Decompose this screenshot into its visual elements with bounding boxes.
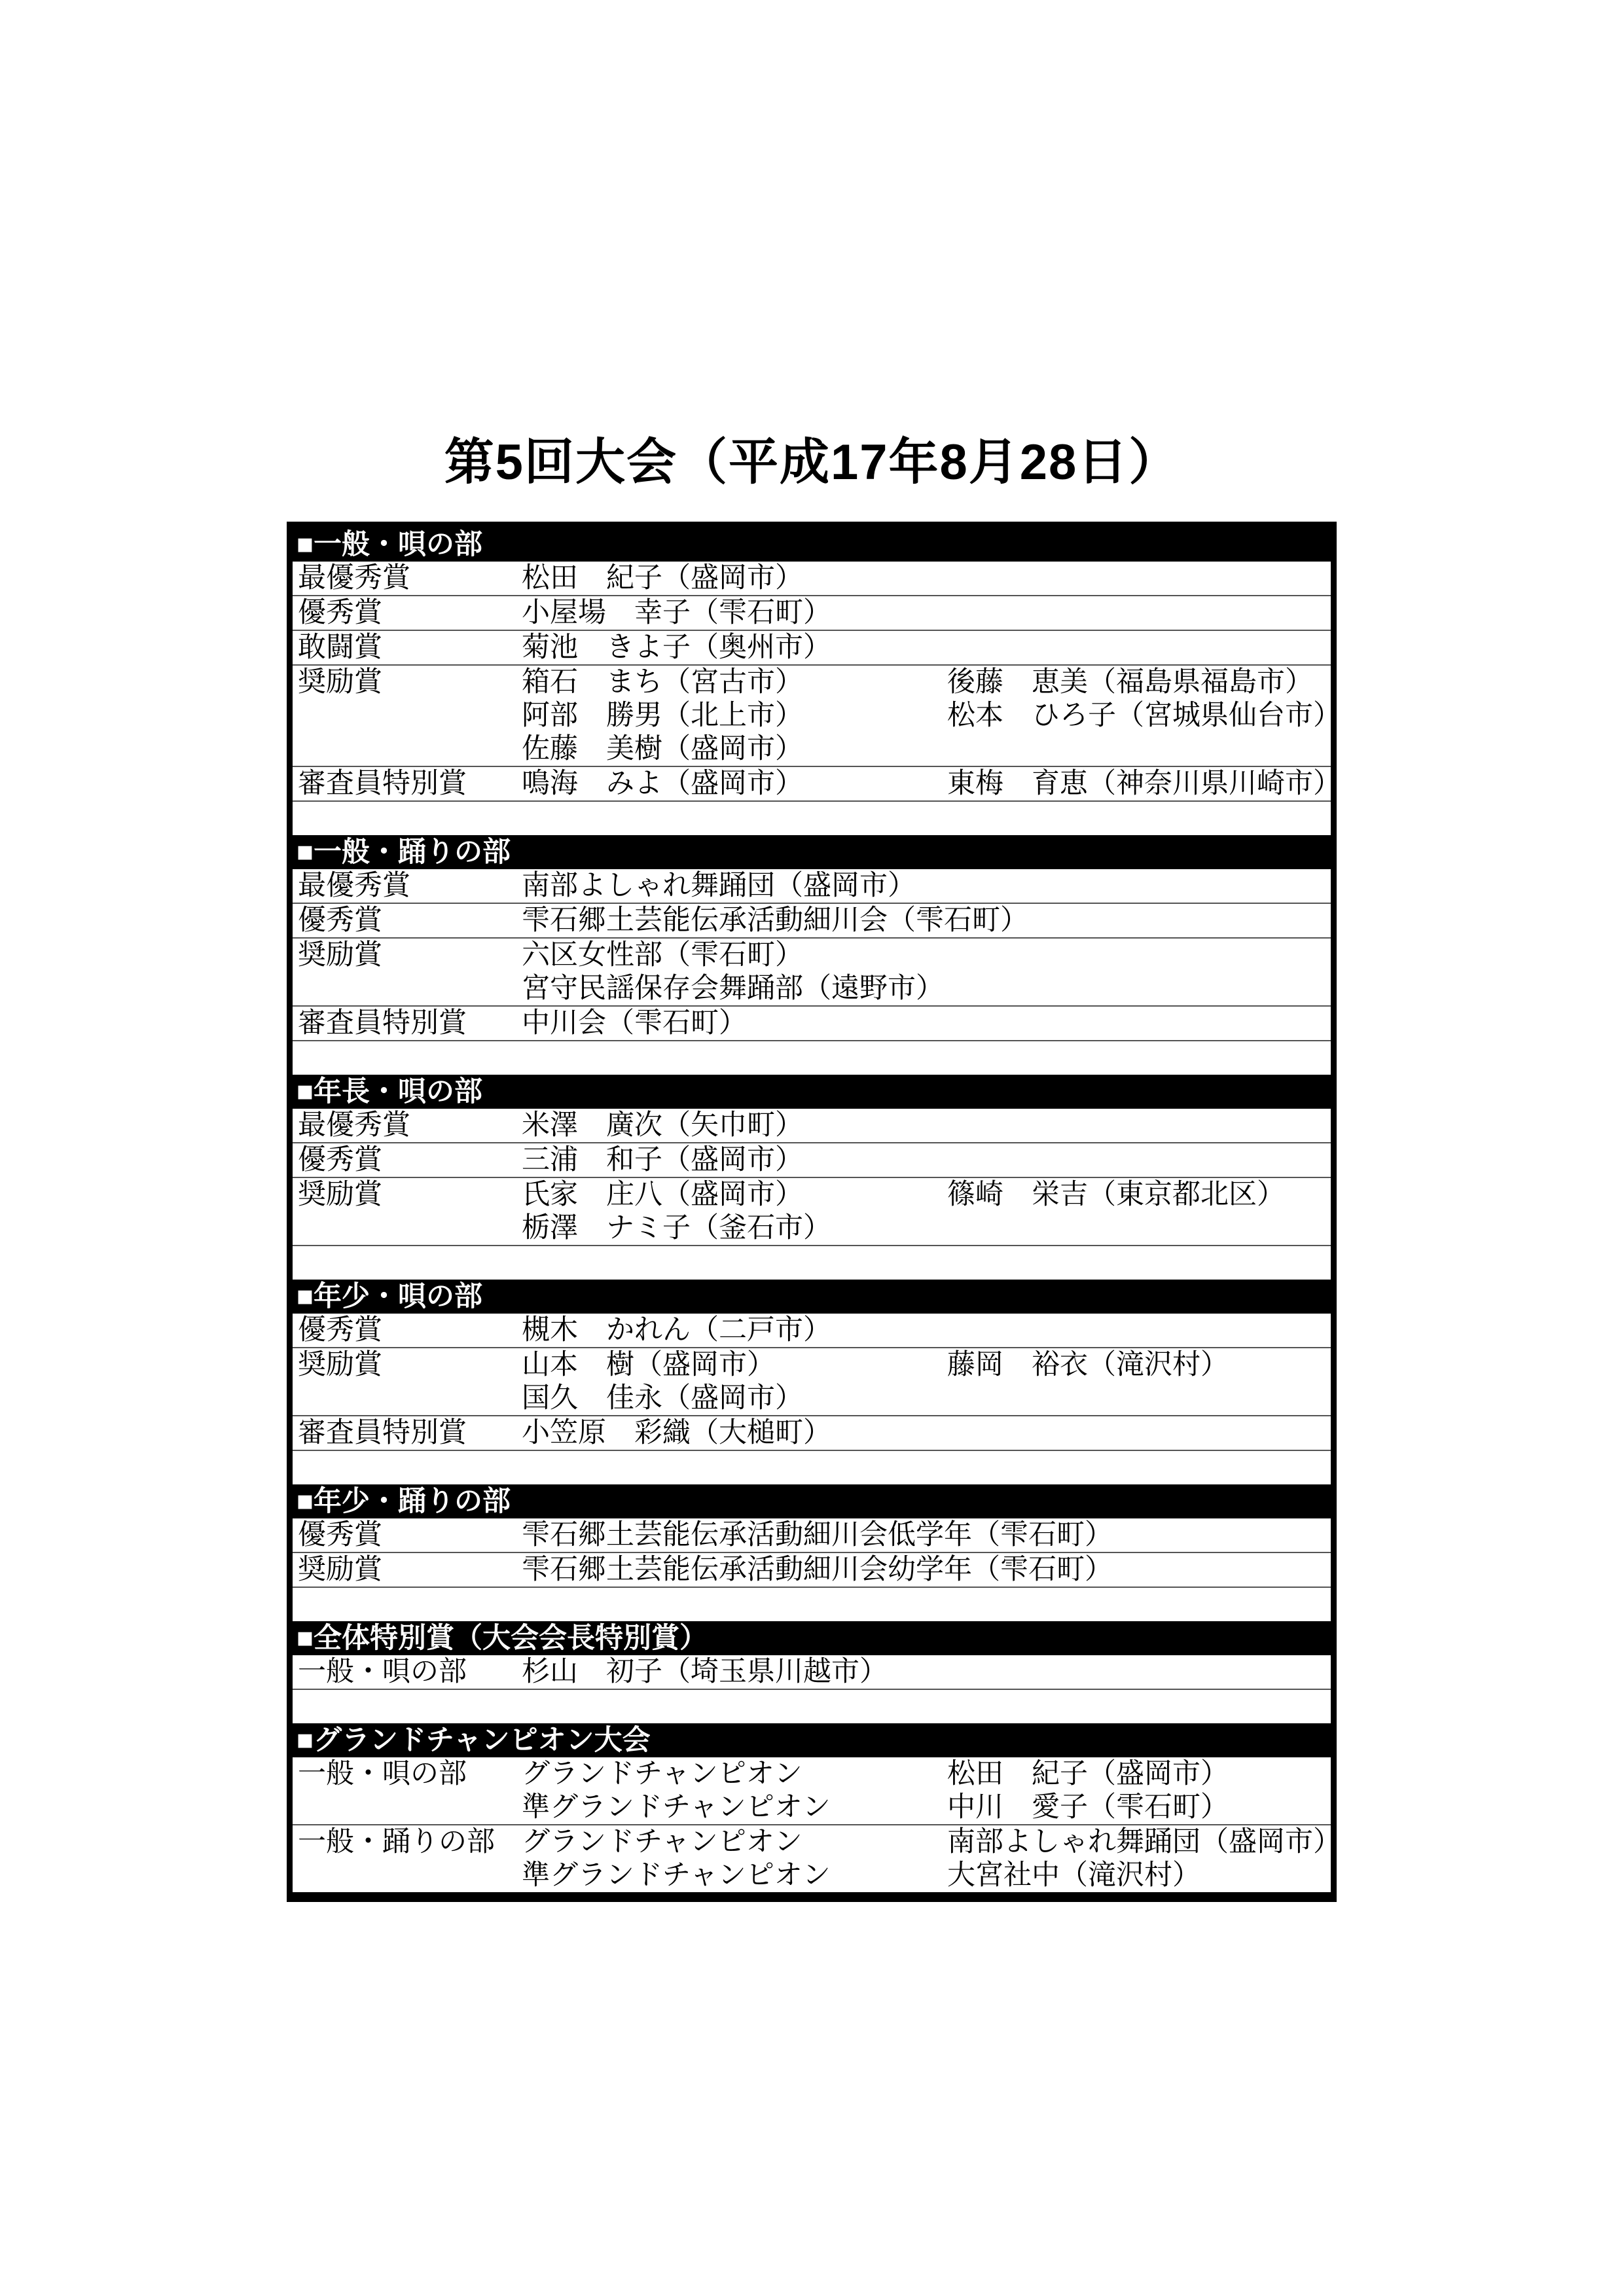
winner-name: 雫石郷土芸能伝承活動細川会幼学年（雫石町）	[522, 1553, 947, 1587]
winner-cell-primary: 菊池 きよ子（奥州市）	[522, 631, 947, 664]
champion-title: グランドチャンピオン	[522, 1757, 947, 1791]
award-label-text: 審査員特別賞	[298, 1416, 522, 1450]
award-label: 最優秀賞	[293, 1109, 522, 1142]
spacer-row	[293, 1450, 1331, 1484]
spacer-row	[293, 1689, 1331, 1723]
winner-name: 南部よしゃれ舞踊団（盛岡市）	[947, 1825, 1341, 1859]
winner-name: 雫石郷土芸能伝承活動細川会（雫石町）	[522, 904, 947, 937]
winner-name: 米澤 廣次（矢巾町）	[522, 1109, 947, 1142]
section-senior-song: ■年長・唄の部 最優秀賞 米澤 廣次（矢巾町） 優秀賞 三浦 和子（盛岡市） 奨…	[293, 1075, 1331, 1280]
award-label-text: 審査員特別賞	[298, 767, 522, 800]
award-label: 奨励賞	[293, 1348, 522, 1382]
award-label-text: 優秀賞	[298, 1518, 522, 1552]
winner-cell-primary: 三浦 和子（盛岡市）	[522, 1143, 947, 1177]
award-row: 優秀賞 小屋場 幸子（雫石町）	[293, 595, 1331, 630]
winner-cell-primary: 杉山 初子（埼玉県川越市）	[522, 1655, 947, 1689]
spacer-row	[293, 1587, 1331, 1621]
section-overall-special: ■全体特別賞（大会会長特別賞） 一般・唄の部 杉山 初子（埼玉県川越市）	[293, 1621, 1331, 1723]
section-general-song: ■一般・唄の部 最優秀賞 松田 紀子（盛岡市） 優秀賞 小屋場 幸子（雫石町） …	[293, 528, 1331, 835]
winner-name: 雫石郷土芸能伝承活動細川会低学年（雫石町）	[522, 1518, 947, 1552]
winner-cell-primary: 雫石郷土芸能伝承活動細川会幼学年（雫石町）	[522, 1553, 947, 1587]
section-header: ■全体特別賞（大会会長特別賞）	[293, 1621, 1331, 1655]
award-row: 優秀賞 雫石郷土芸能伝承活動細川会低学年（雫石町）	[293, 1518, 1331, 1552]
winner-cell-primary: 小屋場 幸子（雫石町）	[522, 596, 947, 630]
winner-cell-primary: グランドチャンピオン 準グランドチャンピオン	[522, 1825, 947, 1892]
award-label-text: 奨励賞	[298, 1178, 522, 1211]
award-row: 優秀賞 三浦 和子（盛岡市）	[293, 1142, 1331, 1177]
award-label-text: 審査員特別賞	[298, 1007, 522, 1040]
award-label-text: 奨励賞	[298, 1553, 522, 1587]
winner-name: 藤岡 裕衣（滝沢村）	[947, 1348, 1331, 1382]
winner-name: 篠崎 栄吉（東京都北区）	[947, 1178, 1331, 1211]
winner-name: 阿部 勝男（北上市）	[522, 699, 947, 732]
winner-cell-secondary: 後藤 恵美（福島県福島市） 松本 ひろ子（宮城県仙台市）	[947, 666, 1341, 732]
award-row: 奨励賞 箱石 まち（宮古市） 阿部 勝男（北上市） 佐藤 美樹（盛岡市） 後藤 …	[293, 664, 1331, 766]
award-label-text: 最優秀賞	[298, 562, 522, 595]
winner-cell-primary: グランドチャンピオン 準グランドチャンピオン	[522, 1757, 947, 1824]
spacer-row	[293, 1245, 1331, 1280]
award-row: 敢闘賞 菊池 きよ子（奥州市）	[293, 630, 1331, 664]
award-label: 審査員特別賞	[293, 767, 522, 800]
page-title: 第5回大会（平成17年8月28日）	[0, 422, 1624, 493]
winner-cell-secondary: 藤岡 裕衣（滝沢村）	[947, 1348, 1331, 1382]
award-label-text: 優秀賞	[298, 596, 522, 630]
award-label-text: 最優秀賞	[298, 1109, 522, 1142]
winner-name: 氏家 庄八（盛岡市）	[522, 1178, 947, 1211]
spacer-row	[293, 800, 1331, 835]
champion-title: 準グランドチャンピオン	[522, 1859, 947, 1892]
award-row: 奨励賞 六区女性部（雫石町） 宮守民謡保存会舞踊部（遠野市）	[293, 937, 1331, 1005]
award-label-text: 一般・唄の部	[298, 1757, 522, 1791]
winner-cell-primary: 六区女性部（雫石町） 宮守民謡保存会舞踊部（遠野市）	[522, 939, 947, 1005]
winner-name: 中川 愛子（雫石町）	[947, 1791, 1331, 1824]
winner-name: 東梅 育恵（神奈川県川崎市）	[947, 767, 1341, 800]
winner-name: 国久 佳永（盛岡市）	[522, 1382, 947, 1415]
winner-cell-primary: 南部よしゃれ舞踊団（盛岡市）	[522, 869, 947, 903]
award-label: 優秀賞	[293, 1143, 522, 1177]
winner-cell-primary: 中川会（雫石町）	[522, 1007, 947, 1040]
winner-cell-primary: 氏家 庄八（盛岡市） 栃澤 ナミ子（釜石市）	[522, 1178, 947, 1245]
winner-cell-primary: 山本 樹（盛岡市） 国久 佳永（盛岡市）	[522, 1348, 947, 1415]
award-row: 審査員特別賞 鳴海 みよ（盛岡市） 東梅 育恵（神奈川県川崎市）	[293, 766, 1331, 800]
winner-name: 松田 紀子（盛岡市）	[522, 562, 947, 595]
winner-cell-primary: 箱石 まち（宮古市） 阿部 勝男（北上市） 佐藤 美樹（盛岡市）	[522, 666, 947, 766]
award-label: 一般・唄の部	[293, 1655, 522, 1689]
section-junior-dance: ■年少・踊りの部 優秀賞 雫石郷土芸能伝承活動細川会低学年（雫石町） 奨励賞 雫…	[293, 1484, 1331, 1621]
award-label-text: 奨励賞	[298, 666, 522, 699]
award-row: 審査員特別賞 小笠原 彩織（大槌町）	[293, 1415, 1331, 1450]
winner-name: 小笠原 彩織（大槌町）	[522, 1416, 947, 1450]
winner-name: 栃澤 ナミ子（釜石市）	[522, 1211, 947, 1245]
award-row: 最優秀賞 松田 紀子（盛岡市）	[293, 562, 1331, 595]
winner-name: 小屋場 幸子（雫石町）	[522, 596, 947, 630]
winner-name: 松本 ひろ子（宮城県仙台市）	[947, 699, 1341, 732]
award-row: 一般・唄の部 グランドチャンピオン 準グランドチャンピオン 松田 紀子（盛岡市）…	[293, 1757, 1331, 1824]
award-row: 一般・踊りの部 グランドチャンピオン 準グランドチャンピオン 南部よしゃれ舞踊団…	[293, 1824, 1331, 1892]
champion-title: 準グランドチャンピオン	[522, 1791, 947, 1824]
award-label: 優秀賞	[293, 1314, 522, 1347]
award-row: 奨励賞 氏家 庄八（盛岡市） 栃澤 ナミ子（釜石市） 篠崎 栄吉（東京都北区）	[293, 1177, 1331, 1245]
winner-name: 南部よしゃれ舞踊団（盛岡市）	[522, 869, 947, 903]
award-label: 優秀賞	[293, 596, 522, 630]
award-row: 最優秀賞 南部よしゃれ舞踊団（盛岡市）	[293, 869, 1331, 903]
award-label: 優秀賞	[293, 1518, 522, 1552]
winner-cell-primary: 鳴海 みよ（盛岡市）	[522, 767, 947, 800]
winner-name: 山本 樹（盛岡市）	[522, 1348, 947, 1382]
award-label-text: 優秀賞	[298, 1143, 522, 1177]
results-table: ■一般・唄の部 最優秀賞 松田 紀子（盛岡市） 優秀賞 小屋場 幸子（雫石町） …	[287, 522, 1337, 1902]
winner-name: 槻木 かれん（二戸市）	[522, 1314, 947, 1347]
winner-name: 六区女性部（雫石町）	[522, 939, 947, 972]
winner-cell-primary: 松田 紀子（盛岡市）	[522, 562, 947, 595]
award-label: 敢闘賞	[293, 631, 522, 664]
award-label: 奨励賞	[293, 666, 522, 699]
winner-name: 杉山 初子（埼玉県川越市）	[522, 1655, 947, 1689]
winner-name: 大宮社中（滝沢村）	[947, 1859, 1341, 1892]
winner-cell-secondary: 篠崎 栄吉（東京都北区）	[947, 1178, 1331, 1211]
award-row: 優秀賞 槻木 かれん（二戸市）	[293, 1314, 1331, 1347]
award-row: 奨励賞 山本 樹（盛岡市） 国久 佳永（盛岡市） 藤岡 裕衣（滝沢村）	[293, 1347, 1331, 1415]
award-row: 一般・唄の部 杉山 初子（埼玉県川越市）	[293, 1655, 1331, 1689]
section-junior-song: ■年少・唄の部 優秀賞 槻木 かれん（二戸市） 奨励賞 山本 樹（盛岡市） 国久…	[293, 1280, 1331, 1484]
winner-name: 中川会（雫石町）	[522, 1007, 947, 1040]
award-label: 一般・踊りの部	[293, 1825, 522, 1859]
award-label-text: 優秀賞	[298, 904, 522, 937]
winner-cell-primary: 槻木 かれん（二戸市）	[522, 1314, 947, 1347]
award-row: 審査員特別賞 中川会（雫石町）	[293, 1005, 1331, 1040]
winner-name: 鳴海 みよ（盛岡市）	[522, 767, 947, 800]
award-row: 優秀賞 雫石郷土芸能伝承活動細川会（雫石町）	[293, 903, 1331, 937]
award-label-text: 敢闘賞	[298, 631, 522, 664]
section-header: ■グランドチャンピオン大会	[293, 1723, 1331, 1757]
award-label-text: 最優秀賞	[298, 869, 522, 903]
winner-name: 菊池 きよ子（奥州市）	[522, 631, 947, 664]
document-page: 第5回大会（平成17年8月28日） ■一般・唄の部 最優秀賞 松田 紀子（盛岡市…	[0, 0, 1624, 2296]
award-label: 最優秀賞	[293, 562, 522, 595]
winner-name: 三浦 和子（盛岡市）	[522, 1143, 947, 1177]
award-label: 一般・唄の部	[293, 1757, 522, 1791]
winner-cell-secondary: 南部よしゃれ舞踊団（盛岡市） 大宮社中（滝沢村）	[947, 1825, 1341, 1892]
section-header: ■年少・唄の部	[293, 1280, 1331, 1314]
section-header: ■年少・踊りの部	[293, 1484, 1331, 1518]
award-label: 奨励賞	[293, 1553, 522, 1587]
winner-cell-secondary: 東梅 育恵（神奈川県川崎市）	[947, 767, 1341, 800]
winner-cell-primary: 雫石郷土芸能伝承活動細川会（雫石町）	[522, 904, 947, 937]
spacer-row	[293, 1040, 1331, 1075]
award-label: 奨励賞	[293, 939, 522, 972]
award-label-text: 優秀賞	[298, 1314, 522, 1347]
winner-name: 宮守民謡保存会舞踊部（遠野市）	[522, 972, 947, 1005]
section-header: ■一般・唄の部	[293, 528, 1331, 562]
winner-cell-primary: 雫石郷土芸能伝承活動細川会低学年（雫石町）	[522, 1518, 947, 1552]
winner-cell-primary: 小笠原 彩織（大槌町）	[522, 1416, 947, 1450]
award-label: 優秀賞	[293, 904, 522, 937]
award-row: 奨励賞 雫石郷土芸能伝承活動細川会幼学年（雫石町）	[293, 1552, 1331, 1587]
winner-cell-primary: 米澤 廣次（矢巾町）	[522, 1109, 947, 1142]
award-label-text: 一般・踊りの部	[298, 1825, 522, 1859]
award-label: 最優秀賞	[293, 869, 522, 903]
winner-name: 後藤 恵美（福島県福島市）	[947, 666, 1341, 699]
section-general-dance: ■一般・踊りの部 最優秀賞 南部よしゃれ舞踊団（盛岡市） 優秀賞 雫石郷土芸能伝…	[293, 835, 1331, 1075]
champion-title: グランドチャンピオン	[522, 1825, 947, 1859]
winner-name: 松田 紀子（盛岡市）	[947, 1757, 1331, 1791]
award-label: 審査員特別賞	[293, 1416, 522, 1450]
winner-name: 佐藤 美樹（盛岡市）	[522, 732, 947, 766]
winner-cell-secondary: 松田 紀子（盛岡市） 中川 愛子（雫石町）	[947, 1757, 1331, 1824]
award-label-text: 奨励賞	[298, 1348, 522, 1382]
award-label: 奨励賞	[293, 1178, 522, 1211]
award-label-text: 奨励賞	[298, 939, 522, 972]
section-grand-champion: ■グランドチャンピオン大会 一般・唄の部 グランドチャンピオン 準グランドチャン…	[293, 1723, 1331, 1892]
award-row: 最優秀賞 米澤 廣次（矢巾町）	[293, 1109, 1331, 1142]
section-header: ■年長・唄の部	[293, 1075, 1331, 1109]
section-header: ■一般・踊りの部	[293, 835, 1331, 869]
award-label-text: 一般・唄の部	[298, 1655, 522, 1689]
winner-name: 箱石 まち（宮古市）	[522, 666, 947, 699]
award-label: 審査員特別賞	[293, 1007, 522, 1040]
